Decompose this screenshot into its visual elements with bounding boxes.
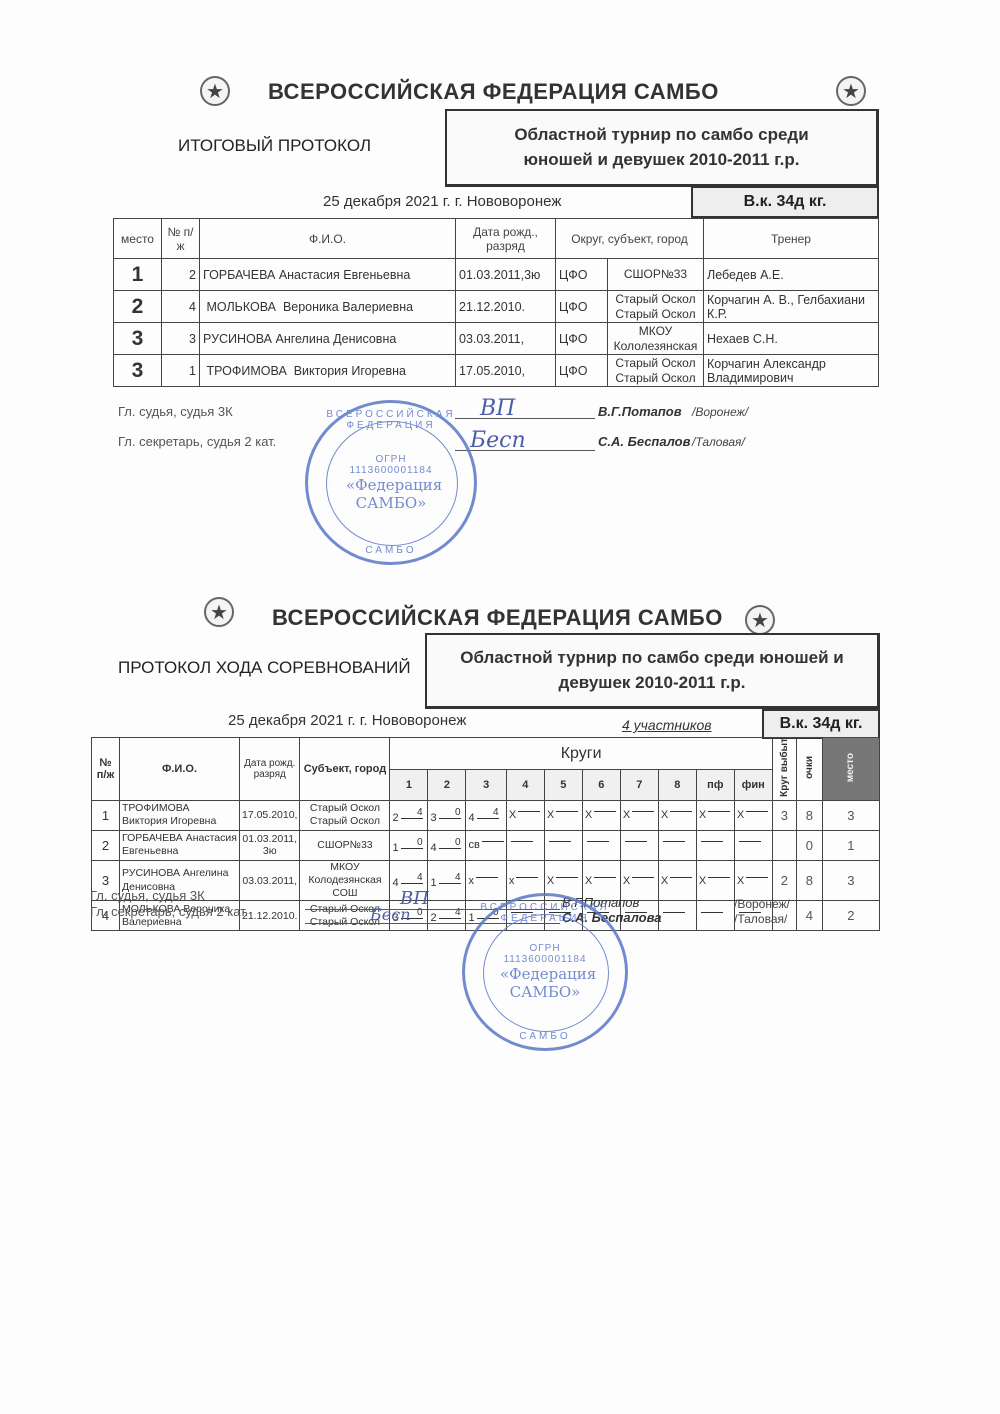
athlete-name: ГОРБАЧЕВА Анастасия Евгеньевна <box>120 830 240 860</box>
stamp-outer-text: ВСЕРОССИЙСКАЯ ФЕДЕРАЦИЯ <box>308 409 474 431</box>
opponent: X <box>623 875 630 887</box>
tournament-title: Областной турнир по самбо среди юношей и… <box>487 123 836 172</box>
round-cell: 24 <box>390 800 428 830</box>
athlete-number: 2 <box>92 830 120 860</box>
coach: Корчагин Александр Владимирович <box>704 355 879 387</box>
chief-secretary-label: Гл. секретарь, судья 2 кат. <box>90 904 248 919</box>
opponent: X <box>585 875 592 887</box>
city: Старый Оскол Старый Оскол <box>608 355 704 387</box>
round-header: 7 <box>620 770 658 801</box>
header-city: Субъект, город <box>300 738 390 801</box>
opponent: х <box>509 875 515 887</box>
round-cell: 40 <box>428 830 466 860</box>
final-results-table: место № п/ж Ф.И.О. Дата рожд., разряд Ок… <box>113 218 879 387</box>
round-score <box>670 811 692 812</box>
weight-category: В.к. 34д кг. <box>691 186 879 218</box>
athlete-name: МОЛЬКОВА Вероника Валериевна <box>200 291 456 323</box>
round-score <box>670 877 692 878</box>
sambo-emblem-icon: ★ <box>200 76 230 106</box>
header-coach: Тренер <box>704 219 879 259</box>
round-score <box>632 877 654 878</box>
chief-secretary-city: /Таловая/ <box>734 912 787 926</box>
header-points: очки <box>804 756 815 779</box>
round-cell: 24 <box>428 901 466 931</box>
place: 3 <box>114 323 162 355</box>
chief-secretary-signature: Бесп <box>470 428 526 453</box>
round-score <box>516 877 538 878</box>
chief-secretary-label: Гл. секретарь, судья 2 кат. <box>118 434 276 449</box>
athlete-number: 1 <box>162 355 200 387</box>
stamp-outer-text: ВСЕРОССИЙСКАЯ ФЕДЕРАЦИЯ <box>465 902 625 924</box>
round-out: 3 <box>772 800 796 830</box>
round-score <box>708 811 730 812</box>
header-rounds: Круги <box>390 738 772 770</box>
round-header: 8 <box>658 770 696 801</box>
place: 2 <box>114 291 162 323</box>
chief-secretary-name: С.А. Беспалов <box>598 434 690 449</box>
round-score <box>518 811 540 812</box>
opponent: X <box>699 809 706 821</box>
city: Старый Оскол Старый Оскол <box>608 291 704 323</box>
header-region: Округ, субъект, город <box>556 219 704 259</box>
chief-judge-city: /Воронеж/ <box>734 897 790 911</box>
sambo-emblem-icon: ★ <box>204 597 234 627</box>
district: ЦФО <box>556 259 608 291</box>
opponent: X <box>623 809 630 821</box>
opponent: X <box>585 809 592 821</box>
header-round-out: Круг выбыт <box>779 738 790 797</box>
round-score: 4 <box>401 872 423 884</box>
header-dob: Дата рожд. разряд <box>240 738 300 801</box>
points: 0 <box>796 830 822 860</box>
header-num: № п/ж <box>162 219 200 259</box>
bout-row: 2ГОРБАЧЕВА Анастасия Евгеньевна01.03.201… <box>92 830 880 860</box>
district: ЦФО <box>556 323 608 355</box>
opponent: X <box>661 875 668 887</box>
federation-title: ВСЕРОССИЙСКАЯ ФЕДЕРАЦИЯ САМБО <box>268 79 719 105</box>
round-score: 4 <box>439 872 461 884</box>
result-row: 12ГОРБАЧЕВА Анастасия Евгеньевна01.03.20… <box>114 259 879 291</box>
birth-date: 17.05.2010, <box>240 800 300 830</box>
round-out <box>772 830 796 860</box>
points: 4 <box>796 901 822 931</box>
athlete-number: 4 <box>162 291 200 323</box>
header-name: Ф.И.О. <box>120 738 240 801</box>
opponent: X <box>547 809 554 821</box>
header-dob: Дата рожд., разряд <box>456 219 556 259</box>
header-place: место <box>845 753 856 782</box>
sambo-emblem-icon: ★ <box>836 76 866 106</box>
coach: Лебедев А.Е. <box>704 259 879 291</box>
round-score: 4 <box>401 807 423 819</box>
round-cell <box>734 830 772 860</box>
round-score: 0 <box>439 807 461 819</box>
header-place: место <box>114 219 162 259</box>
city: Старый Оскол Старый Оскол <box>300 800 390 830</box>
birth-date: 21.12.2010. <box>240 901 300 931</box>
round-score: 0 <box>439 837 461 849</box>
opponent: х <box>468 875 474 887</box>
round-cell: 14 <box>428 860 466 900</box>
birth-date: 01.03.2011,3ю <box>456 259 556 291</box>
round-score <box>663 841 685 842</box>
round-score: 0 <box>401 837 423 849</box>
athlete-number: 2 <box>162 259 200 291</box>
coach: Корчагин А. В., Гелбахиани К.Р. <box>704 291 879 323</box>
city: СШОР№33 <box>608 259 704 291</box>
round-cell: X <box>696 860 734 900</box>
place: 2 <box>822 901 879 931</box>
round-cell: X <box>620 800 658 830</box>
round-cell <box>658 830 696 860</box>
points: 8 <box>796 860 822 900</box>
chief-judge-label: Гл. судья, судья 3К <box>118 404 233 419</box>
round-score <box>708 877 730 878</box>
round-score <box>663 912 685 913</box>
opponent: X <box>699 875 706 887</box>
athlete-name: ТРОФИМОВА Виктория Игоревна <box>120 800 240 830</box>
round-score <box>587 841 609 842</box>
opponent: св <box>468 839 479 851</box>
round-cell: X <box>658 860 696 900</box>
result-row: 33РУСИНОВА Ангелина Денисовна03.03.2011,… <box>114 323 879 355</box>
round-cell <box>658 901 696 931</box>
round-cell: 30 <box>428 800 466 830</box>
round-cell <box>544 830 582 860</box>
city: МКОУ Колодезянская СОШ <box>300 860 390 900</box>
round-cell: 44 <box>466 800 506 830</box>
district: ЦФО <box>556 355 608 387</box>
birth-date: 03.03.2011, <box>456 323 556 355</box>
round-cell: X <box>734 860 772 900</box>
round-score <box>701 912 723 913</box>
round-header: 5 <box>544 770 582 801</box>
header-num: № п/ж <box>92 738 120 801</box>
opponent: X <box>509 809 516 821</box>
district: ЦФО <box>556 291 608 323</box>
progress-protocol-title: ПРОТОКОЛ ХОДА СОРЕВНОВАНИЙ <box>118 658 411 678</box>
athlete-name: ТРОФИМОВА Виктория Игоревна <box>200 355 456 387</box>
opponent: 4 <box>430 842 436 854</box>
header-name: Ф.И.О. <box>200 219 456 259</box>
round-header: 1 <box>390 770 428 801</box>
final-protocol-title: ИТОГОВЫЙ ПРОТОКОЛ <box>178 136 371 156</box>
round-cell <box>582 830 620 860</box>
result-row: 24 МОЛЬКОВА Вероника Валериевна21.12.201… <box>114 291 879 323</box>
opponent: 4 <box>468 812 474 824</box>
round-header: 6 <box>582 770 620 801</box>
round-score <box>739 841 761 842</box>
round-cell: X <box>658 800 696 830</box>
athlete-name: РУСИНОВА Ангелина Денисовна <box>200 323 456 355</box>
round-cell <box>696 830 734 860</box>
opponent: 4 <box>392 877 398 889</box>
round-cell: X <box>544 800 582 830</box>
round-cell: х <box>466 860 506 900</box>
round-cell <box>506 830 544 860</box>
place: 3 <box>822 800 879 830</box>
round-cell: X <box>506 800 544 830</box>
stamp-bottom-text: САМБО <box>365 545 416 556</box>
round-score: 4 <box>477 807 499 819</box>
date-place: 25 декабря 2021 г. г. Нововоронеж <box>228 712 466 729</box>
birth-date: 01.03.2011, 3ю <box>240 830 300 860</box>
round-score <box>556 811 578 812</box>
birth-date: 17.05.2010, <box>456 355 556 387</box>
round-score <box>625 841 647 842</box>
federation-stamp: ВСЕРОССИЙСКАЯ ФЕДЕРАЦИЯ ОГРН 11136000011… <box>462 893 628 1051</box>
tournament-title-box: Областной турнир по самбо среди юношей и… <box>425 633 880 709</box>
round-score <box>746 877 768 878</box>
opponent: 1 <box>392 842 398 854</box>
round-out: 2 <box>772 860 796 900</box>
round-cell: X <box>582 800 620 830</box>
round-score <box>482 841 504 842</box>
chief-judge-name: В.Г.Потапов <box>598 404 682 419</box>
round-header: 4 <box>506 770 544 801</box>
participants-count: 4 участников <box>622 717 712 733</box>
athlete-number: 3 <box>162 323 200 355</box>
bout-row: 1 ТРОФИМОВА Виктория Игоревна17.05.2010,… <box>92 800 880 830</box>
round-score <box>476 877 498 878</box>
birth-date: 03.03.2011, <box>240 860 300 900</box>
place: 1 <box>822 830 879 860</box>
round-cell: св <box>466 830 506 860</box>
round-header: 3 <box>466 770 506 801</box>
city: МКОУ Кололезянская <box>608 323 704 355</box>
athlete-number: 1 <box>92 800 120 830</box>
date-place: 25 декабря 2021 г. г. Нововоронеж <box>323 193 561 210</box>
chief-secretary-signature: Бесп <box>370 905 411 924</box>
round-cell: 10 <box>390 830 428 860</box>
chief-secretary-city: /Таловая/ <box>692 435 745 449</box>
chief-judge-signature: ВП <box>480 396 515 421</box>
tournament-title-box: Областной турнир по самбо среди юношей и… <box>445 109 879 187</box>
round-score <box>632 811 654 812</box>
weight-category: В.к. 34д кг. <box>762 709 880 739</box>
coach: Нехаев С.Н. <box>704 323 879 355</box>
chief-judge-city: /Воронеж/ <box>692 405 748 419</box>
opponent: 3 <box>430 812 436 824</box>
round-score <box>511 841 533 842</box>
round-score <box>746 811 768 812</box>
city: СШОР№33 <box>300 830 390 860</box>
round-score <box>556 877 578 878</box>
opponent: X <box>737 875 744 887</box>
birth-date: 21.12.2010. <box>456 291 556 323</box>
round-score <box>549 841 571 842</box>
federation-title: ВСЕРОССИЙСКАЯ ФЕДЕРАЦИЯ САМБО <box>272 605 723 631</box>
opponent: 2 <box>392 812 398 824</box>
place: 3 <box>822 860 879 900</box>
round-cell: X <box>696 800 734 830</box>
opponent: X <box>737 809 744 821</box>
signature-line <box>455 418 595 419</box>
opponent: 1 <box>430 877 436 889</box>
opponent: X <box>547 875 554 887</box>
federation-stamp: ВСЕРОССИЙСКАЯ ФЕДЕРАЦИЯ ОГРН 11136000011… <box>305 400 477 565</box>
stamp-bottom-text: САМБО <box>519 1031 570 1042</box>
round-score <box>701 841 723 842</box>
opponent: X <box>661 809 668 821</box>
round-cell <box>696 901 734 931</box>
round-cell: X <box>734 800 772 830</box>
tournament-title: Областной турнир по самбо среди юношей и… <box>443 646 861 695</box>
round-score <box>594 877 616 878</box>
sambo-emblem-icon: ★ <box>745 605 775 635</box>
chief-judge-label: Гл. судья, судья 3К <box>90 888 205 903</box>
round-header: фин <box>734 770 772 801</box>
round-header: пф <box>696 770 734 801</box>
round-header: 2 <box>428 770 466 801</box>
place: 3 <box>114 355 162 387</box>
round-cell <box>620 830 658 860</box>
round-score <box>594 811 616 812</box>
points: 8 <box>796 800 822 830</box>
bout-row: 3РУСИНОВА Ангелина Денисовна03.03.2011,М… <box>92 860 880 900</box>
place: 1 <box>114 259 162 291</box>
athlete-name: ГОРБАЧЕВА Анастасия Евгеньевна <box>200 259 456 291</box>
result-row: 31 ТРОФИМОВА Виктория Игоревна17.05.2010… <box>114 355 879 387</box>
